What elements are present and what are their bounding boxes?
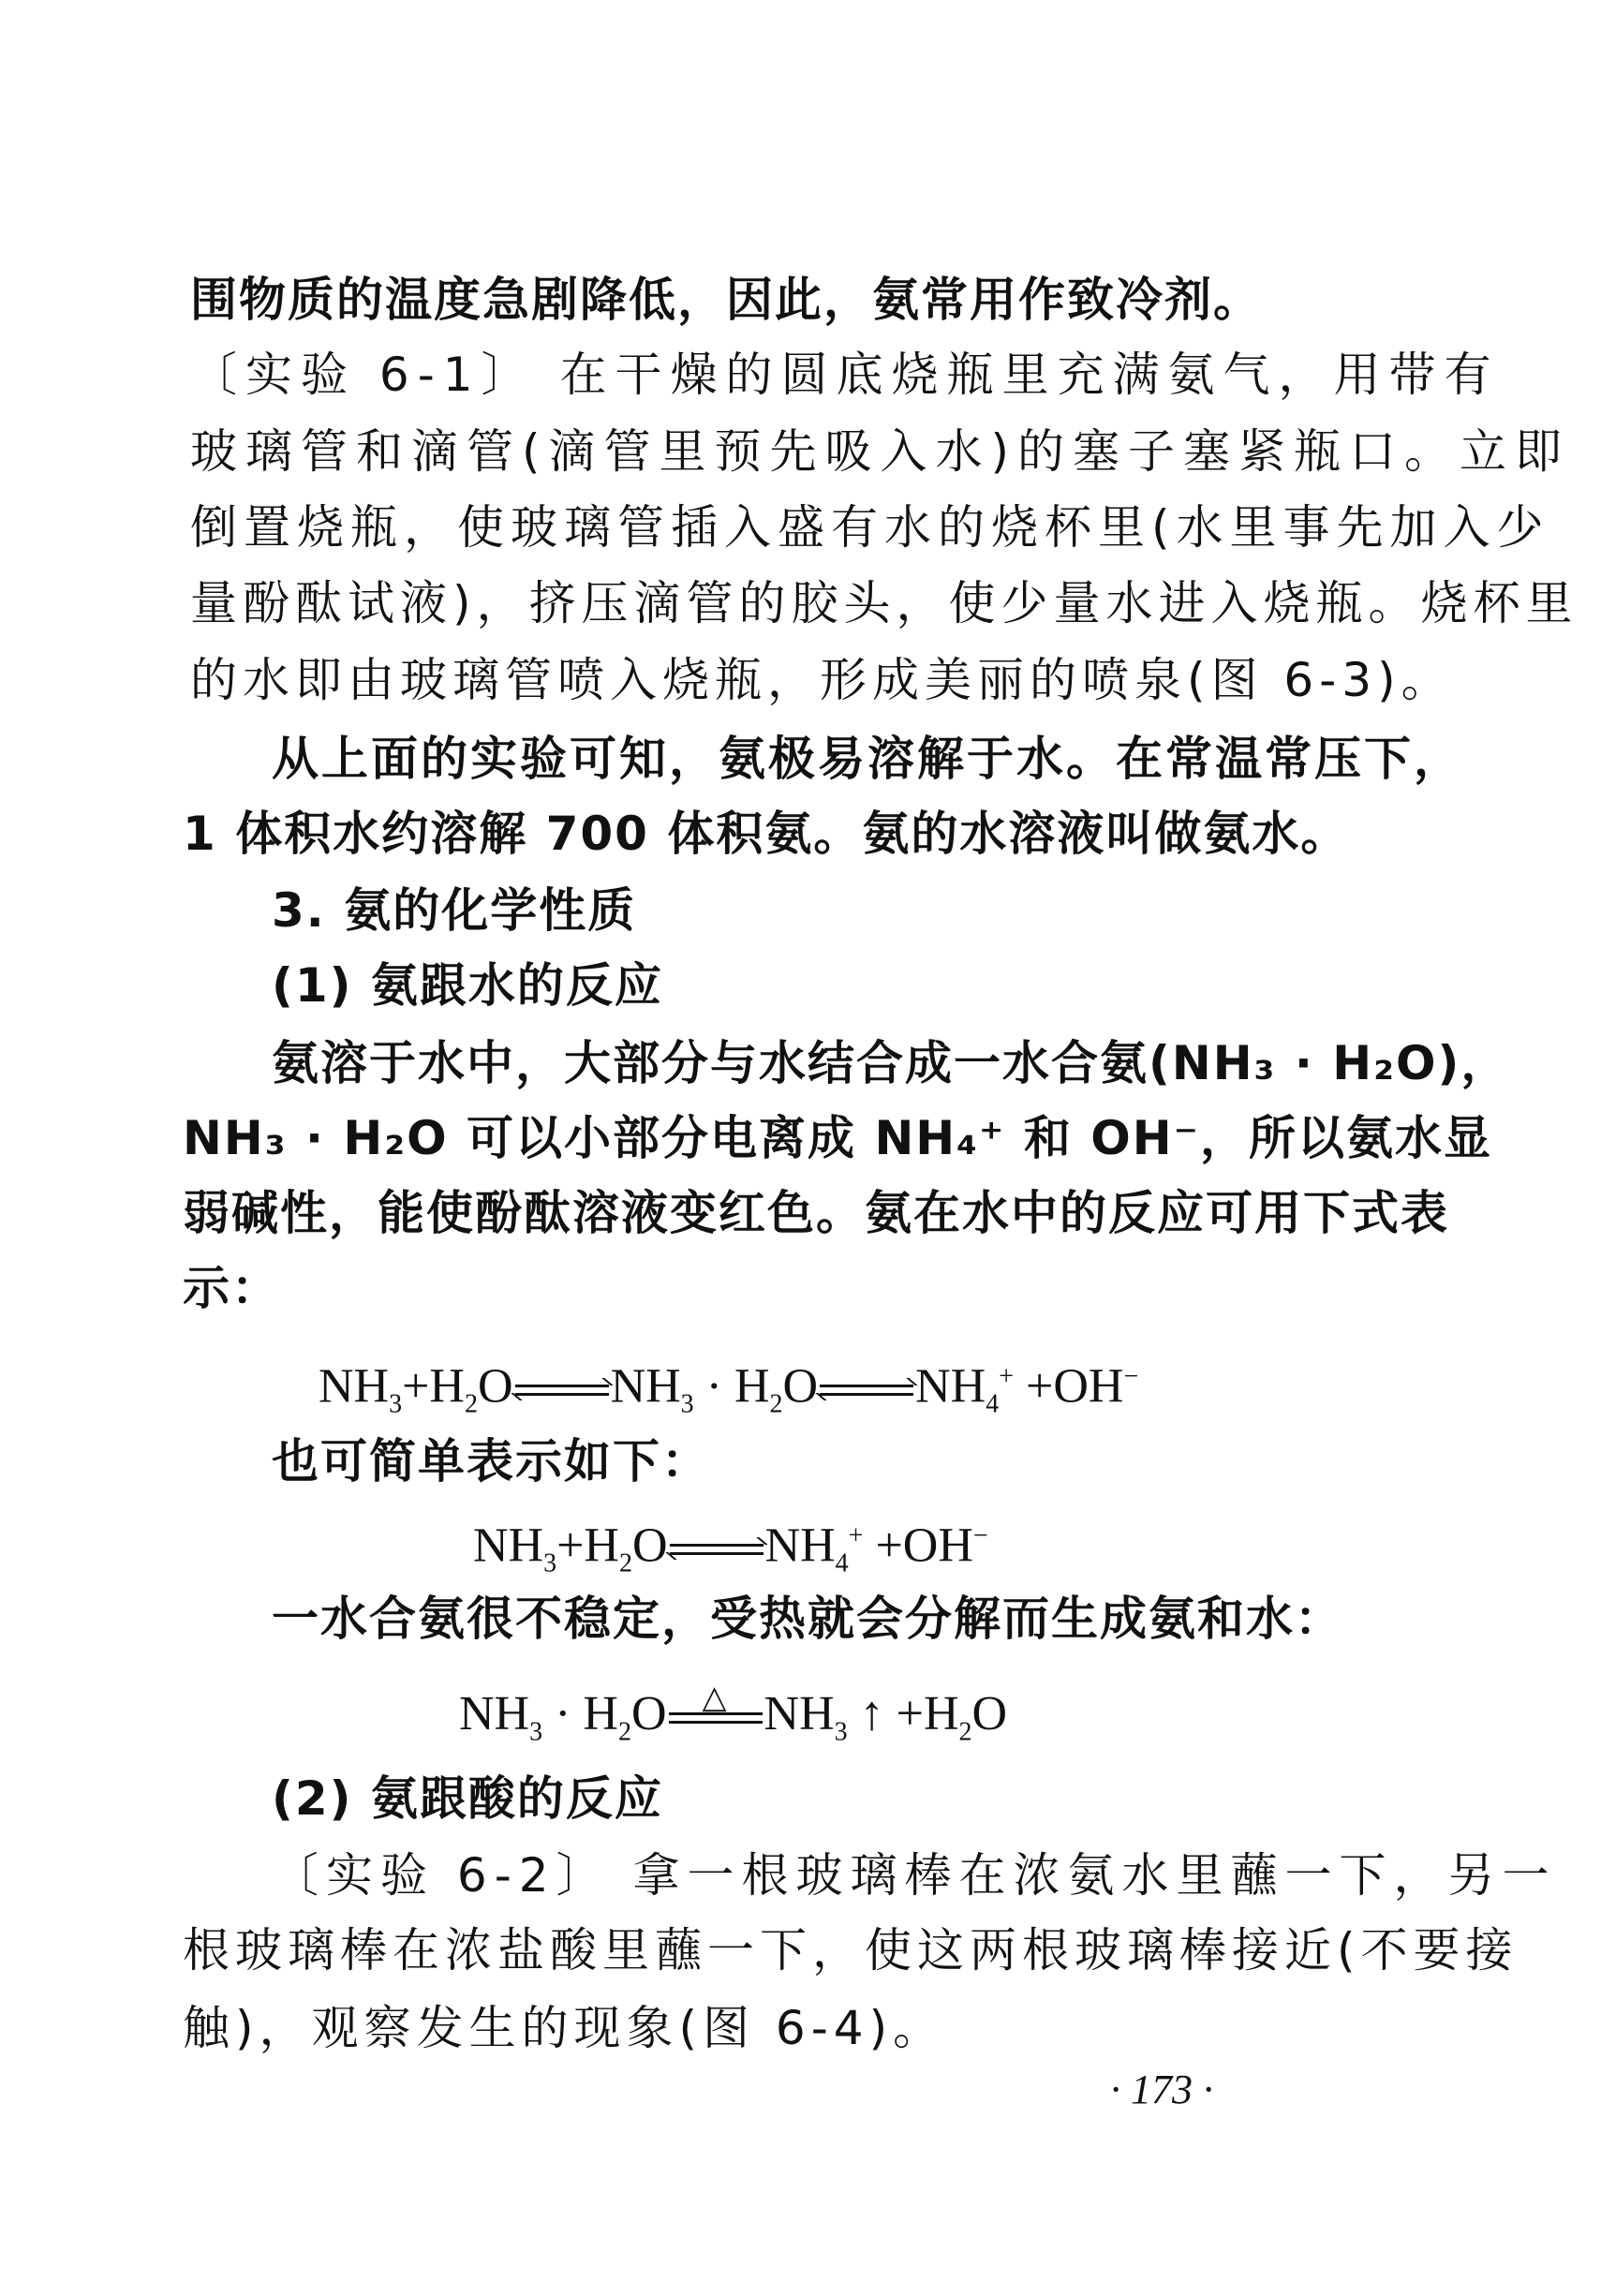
paragraph-line: 触)，观察发生的现象(图 6-4)。 [183, 2000, 945, 2056]
reversible-arrow-icon [820, 1376, 913, 1404]
paragraph-line: 也可简单表示如下： [272, 1433, 710, 1489]
paragraph-line: 氨溶于水中，大部分与水结合成一水合氨(NH₃ · H₂O)， [272, 1035, 1509, 1091]
reversible-arrow-icon [515, 1376, 609, 1404]
heat-equals-sign-icon: △ [669, 1704, 763, 1732]
paragraph-line: 弱碱性，能使酚酞溶液变红色。氨在水中的反应可用下式表 [183, 1185, 1449, 1241]
paragraph-line: NH₃ · H₂O 可以小部分电离成 NH₄⁺ 和 OH⁻，所以氨水显 [183, 1110, 1492, 1166]
paragraph-line: 倒置烧瓶，使玻璃管插入盛有水的烧杯里(水里事先加入少 [190, 499, 1550, 555]
equation-ammonia-water-equilibrium: NH3+H2ONH3 · H2ONH4+ +OH− [319, 1349, 1138, 1433]
paragraph-line: 量酚酞试液)，挤压滴管的胶头，使少量水进入烧瓶。烧杯里 [190, 575, 1579, 631]
subsection-heading: (2) 氨跟酸的反应 [272, 1770, 663, 1827]
reversible-arrow-icon [670, 1535, 763, 1563]
paragraph-line: 玻璃管和滴管(滴管里预先吸入水)的塞子塞紧瓶口。立即 [190, 423, 1570, 480]
heat-triangle-icon: △ [703, 1670, 727, 1726]
paragraph-line: 一水合氨很不稳定，受热就会分解而生成氨和水： [272, 1591, 1343, 1647]
equation-ammonia-hydrate-decomposition: NH3 · H2O△NH3 ↑ +H2O [459, 1686, 1007, 1760]
experiment-6-2-line: 〔实验 6-2〕 拿一根玻璃棒在浓氨水里蘸一下，另一 [272, 1847, 1556, 1903]
paragraph-line: 的水即由玻璃管喷入烧瓶，形成美丽的喷泉(图 6-3)。 [190, 652, 1454, 708]
paragraph-line: 根玻璃棒在浓盐酸里蘸一下，使这两根玻璃棒接近(不要接 [183, 1922, 1519, 1978]
paragraph-line: 围物质的温度急剧降低，因此，氨常用作致冷剂。 [190, 272, 1262, 328]
paragraph-line: 1 体积水约溶解 700 体积氨。氨的水溶液叫做氨水。 [183, 806, 1349, 862]
page-number: · 173 · [1110, 2066, 1213, 2113]
section-heading: 3. 氨的化学性质 [272, 882, 636, 939]
paragraph-line: 示： [183, 1260, 280, 1316]
paragraph-line: 从上面的实验可知，氨极易溶解于水。在常温常压下， [272, 731, 1463, 787]
experiment-6-1-line: 〔实验 6-1〕 在干燥的圆底烧瓶里充满氨气，用带有 [190, 347, 1499, 403]
subsection-heading: (1) 氨跟水的反应 [272, 957, 663, 1014]
equation-ammonia-water-simple: NH3+H2ONH4+ +OH− [473, 1508, 988, 1592]
